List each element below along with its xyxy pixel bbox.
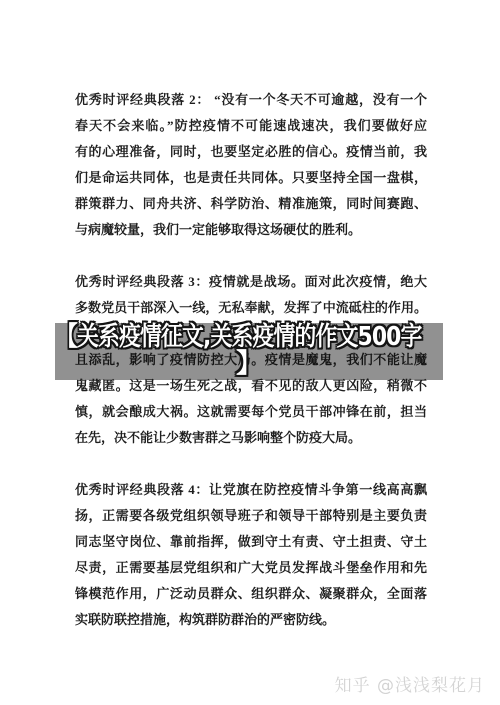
document-page: 优秀时评经典段落 2： “没有一个冬天不可逾越，没有一个春天不会来临。”防控疫情… xyxy=(0,0,500,705)
paragraph: 优秀时评经典段落 4：让党旗在防控疫情斗争第一线高高飘扬，正需要各级党组织领导班… xyxy=(75,477,427,633)
text-line: 扬，正需要各级党组织领导班子和领导干部特别是主要负责 xyxy=(75,503,427,529)
text-line: 有的心理准备，同时，也要坚定必胜的信心。疫情当前，我 xyxy=(75,139,427,165)
text-line: 群策群力、同舟共济、科学防治、精准施策，同时间赛跑、 xyxy=(75,191,427,217)
text-line: 与病魔较量，我们一定能够取得这场硬仗的胜利。 xyxy=(75,217,427,243)
text-line: 在先，决不能让少数害群之马影响整个防疫大局。 xyxy=(75,425,427,451)
paragraph: 优秀时评经典段落 2： “没有一个冬天不可逾越，没有一个春天不会来临。”防控疫情… xyxy=(75,87,427,243)
text-line: 多数党员干部深入一线，无私奉献，发挥了中流砥柱的作用。 xyxy=(75,295,427,321)
text-line: 们是命运共同体，也是责任共同体。只要坚持全国一盘棋， xyxy=(75,165,427,191)
text-line: 优秀时评经典段落 2： “没有一个冬天不可逾越，没有一个 xyxy=(75,87,427,113)
text-line: 锋模范作用，广泛动员群众、组织群众、凝聚群众，全面落 xyxy=(75,581,427,607)
zhihu-watermark-text: 知乎 @浅浅梨花月 xyxy=(335,676,485,696)
text-line: 慎，就会酿成大祸。这就需要每个党员干部冲锋在前，担当 xyxy=(75,399,427,425)
text-line: 优秀时评经典段落 4：让党旗在防控疫情斗争第一线高高飘 xyxy=(75,477,427,503)
banner-title-line2: 】 xyxy=(55,350,443,378)
text-line: 尽责，正需要基层党组织和广大党员发挥战斗堡垒作用和先 xyxy=(75,555,427,581)
text-line: 春天不会来临。”防控疫情不可能速战速决，我们要做好应 xyxy=(75,113,427,139)
zhihu-watermark: 知乎 @浅浅梨花月 xyxy=(335,671,485,696)
text-line: 优秀时评经典段落 3：疫情就是战场。面对此次疫情，绝大 xyxy=(75,269,427,295)
title-overlay-banner: 【关系疫情征文,关系疫情的作文500字 】 xyxy=(55,323,443,380)
text-line: 实联防联控措施，构筑群防群治的严密防线。 xyxy=(75,607,427,633)
banner-title-line1: 【关系疫情征文,关系疫情的作文500字 xyxy=(56,323,382,351)
text-line: 同志坚守岗位、靠前指挥，做到守土有责、守土担责、守土 xyxy=(75,529,427,555)
